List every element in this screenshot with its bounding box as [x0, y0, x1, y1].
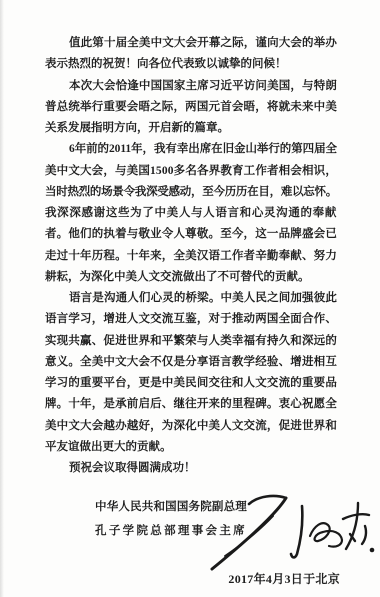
text-line-content: 学习的重要平台，更是中美民间交往和人文交流的重要品 — [45, 377, 337, 389]
text-line-content: 美中文大会，与美国1500多名各界教育工作者相会相识， — [45, 165, 337, 177]
letter-body: 值此第十届全美中文大会开幕之际，谨向大会的举办表示热烈的祝贺！向各位代表致以诚挚… — [45, 33, 337, 479]
letter-date: 2017年4月3日于北京 — [228, 570, 340, 587]
text-line-content: 我深深感谢这些为了中美人与人语言和心灵沟通的奉献 — [45, 207, 337, 219]
text-line: 表示热烈的祝贺！向各位代表致以诚挚的问候！ — [45, 54, 337, 75]
text-line: 值此第十届全美中文大会开幕之际，谨向大会的举办 — [45, 33, 337, 54]
text-line: 者。他们的执着与敬业令人尊敬。至今，这一品牌盛会已 — [45, 224, 337, 245]
text-line-content: 6年前的2011年，我有幸出席在旧金山举行的第四届全 — [69, 143, 337, 155]
text-line-content: 语言学习，增进人文交流互鉴，对于推动两国全面合作、 — [45, 313, 337, 325]
text-line: 关系发展指明方向，开启新的篇章。 — [45, 118, 337, 139]
text-line-content: 当时热烈的场景令我深受感动，至今历历在目，难以忘怀。 — [45, 186, 337, 198]
handwritten-signature-liu-yandong — [202, 486, 377, 576]
text-line-content: 普总统举行重要会晤之际，两国元首会晤，将就未来中美 — [45, 101, 337, 113]
text-line: 我深深感谢这些为了中美人与人语言和心灵沟通的奉献 — [45, 203, 337, 224]
scan-edge-shadow — [0, 0, 4, 597]
text-line-content: 本次大会恰逢中国国家主席习近平访问美国，与特朗 — [69, 80, 337, 92]
text-line-content: 平友谊做出更大的贡献。 — [45, 441, 172, 453]
text-line-content: 牌。十年，是承前启后、继往开来的里程碑。衷心祝愿全 — [45, 398, 337, 410]
text-line: 普总统举行重要会晤之际，两国元首会晤，将就未来中美 — [45, 97, 337, 118]
text-line: 语言是沟通人们心灵的桥梁。中美人民之间加强彼此 — [45, 288, 337, 309]
text-line-content: 关系发展指明方向，开启新的篇章。 — [45, 122, 229, 134]
text-line: 预祝会议取得圆满成功！ — [45, 458, 337, 479]
text-line-content: 表示热烈的祝贺！向各位代表致以诚挚的问候！ — [45, 58, 287, 70]
text-line-content: 值此第十届全美中文大会开幕之际，谨向大会的举办 — [69, 37, 337, 49]
text-line: 耕耘，为深化中美人文交流做出了不可替代的贡献。 — [45, 267, 337, 288]
text-line: 学习的重要平台，更是中美民间交往和人文交流的重要品 — [45, 373, 337, 394]
text-line: 美中文大会越办越好，为深化中美人文交流，促进世界和 — [45, 416, 337, 437]
text-line-content: 者。他们的执着与敬业令人尊敬。至今，这一品牌盛会已 — [45, 228, 337, 240]
text-line: 平友谊做出更大的贡献。 — [45, 437, 337, 458]
text-line: 走过十年历程。十年来，全美汉语工作者辛勤奉献、努力 — [45, 246, 337, 267]
text-line: 当时热烈的场景令我深受感动，至今历历在目，难以忘怀。 — [45, 182, 337, 203]
text-line-content: 走过十年历程。十年来，全美汉语工作者辛勤奉献、努力 — [45, 250, 337, 262]
text-line-content: 实现共赢、促进世界和平繁荣与人类幸福有持久和深远的 — [45, 335, 337, 347]
text-line: 美中文大会，与美国1500多名各界教育工作者相会相识， — [45, 161, 337, 182]
text-line: 实现共赢、促进世界和平繁荣与人类幸福有持久和深远的 — [45, 331, 337, 352]
text-line-content: 美中文大会越办越好，为深化中美人文交流，促进世界和 — [45, 420, 337, 432]
text-line: 6年前的2011年，我有幸出席在旧金山举行的第四届全 — [45, 139, 337, 160]
text-line-content: 语言是沟通人们心灵的桥梁。中美人民之间加强彼此 — [69, 292, 337, 304]
text-line: 意义。全美中文大会不仅是分享语言教学经验、增进相互 — [45, 352, 337, 373]
text-line-content: 耕耘，为深化中美人文交流做出了不可替代的贡献。 — [45, 271, 310, 283]
text-line: 牌。十年，是承前启后、继往开来的里程碑。衷心祝愿全 — [45, 394, 337, 415]
text-line-content: 预祝会议取得圆满成功！ — [69, 462, 196, 474]
text-line: 本次大会恰逢中国国家主席习近平访问美国，与特朗 — [45, 76, 337, 97]
letter-page: 值此第十届全美中文大会开幕之际，谨向大会的举办表示热烈的祝贺！向各位代表致以诚挚… — [0, 0, 380, 597]
text-line: 语言学习，增进人文交流互鉴，对于推动两国全面合作、 — [45, 309, 337, 330]
text-line-content: 意义。全美中文大会不仅是分享语言教学经验、增进相互 — [45, 356, 337, 368]
